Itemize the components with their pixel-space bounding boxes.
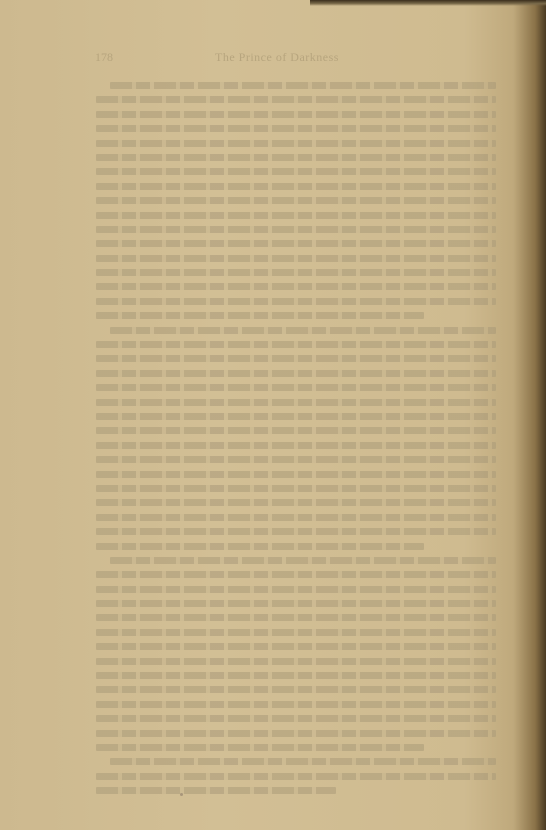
text-line bbox=[96, 312, 424, 319]
page-number: 178 bbox=[95, 50, 113, 65]
text-line bbox=[96, 226, 496, 233]
text-line bbox=[110, 82, 496, 89]
text-line bbox=[110, 758, 496, 765]
text-line bbox=[96, 744, 424, 751]
text-line bbox=[96, 96, 496, 103]
text-line bbox=[96, 427, 496, 434]
text-line bbox=[96, 471, 496, 478]
text-line bbox=[96, 183, 496, 190]
text-line bbox=[96, 456, 496, 463]
text-line bbox=[96, 154, 496, 161]
text-line bbox=[110, 557, 496, 564]
text-line bbox=[96, 370, 496, 377]
text-line bbox=[96, 384, 496, 391]
text-line bbox=[96, 283, 496, 290]
running-header: 178 The Prince of Darkness bbox=[95, 50, 495, 66]
text-line bbox=[96, 255, 496, 262]
text-line bbox=[96, 600, 496, 607]
text-line bbox=[96, 269, 496, 276]
text-line bbox=[96, 240, 496, 247]
text-line bbox=[96, 686, 496, 693]
text-line bbox=[96, 399, 496, 406]
text-line bbox=[96, 341, 496, 348]
text-line bbox=[96, 787, 336, 794]
text-line bbox=[96, 730, 496, 737]
text-line bbox=[96, 197, 496, 204]
text-line bbox=[96, 629, 496, 636]
text-line bbox=[96, 355, 496, 362]
text-line bbox=[110, 327, 496, 334]
text-line bbox=[96, 528, 496, 535]
text-line bbox=[96, 442, 496, 449]
page-top-edge bbox=[310, 0, 546, 6]
text-line bbox=[96, 586, 496, 593]
text-line bbox=[96, 298, 496, 305]
text-line bbox=[96, 499, 496, 506]
text-line bbox=[96, 212, 496, 219]
body-text bbox=[96, 82, 496, 802]
text-line bbox=[96, 715, 496, 722]
text-line bbox=[96, 111, 496, 118]
paper-speck bbox=[180, 793, 183, 796]
text-line bbox=[96, 140, 496, 147]
text-line bbox=[96, 543, 424, 550]
text-line bbox=[96, 168, 496, 175]
text-line bbox=[96, 514, 496, 521]
text-line bbox=[96, 125, 496, 132]
text-line bbox=[96, 773, 496, 780]
text-line bbox=[96, 643, 496, 650]
text-line bbox=[96, 658, 496, 665]
text-line bbox=[96, 571, 496, 578]
book-page: 178 The Prince of Darkness bbox=[0, 0, 546, 830]
text-line bbox=[96, 672, 496, 679]
running-title: The Prince of Darkness bbox=[215, 50, 339, 65]
text-line bbox=[96, 614, 496, 621]
text-line bbox=[96, 413, 496, 420]
text-line bbox=[96, 701, 496, 708]
text-line bbox=[96, 485, 496, 492]
